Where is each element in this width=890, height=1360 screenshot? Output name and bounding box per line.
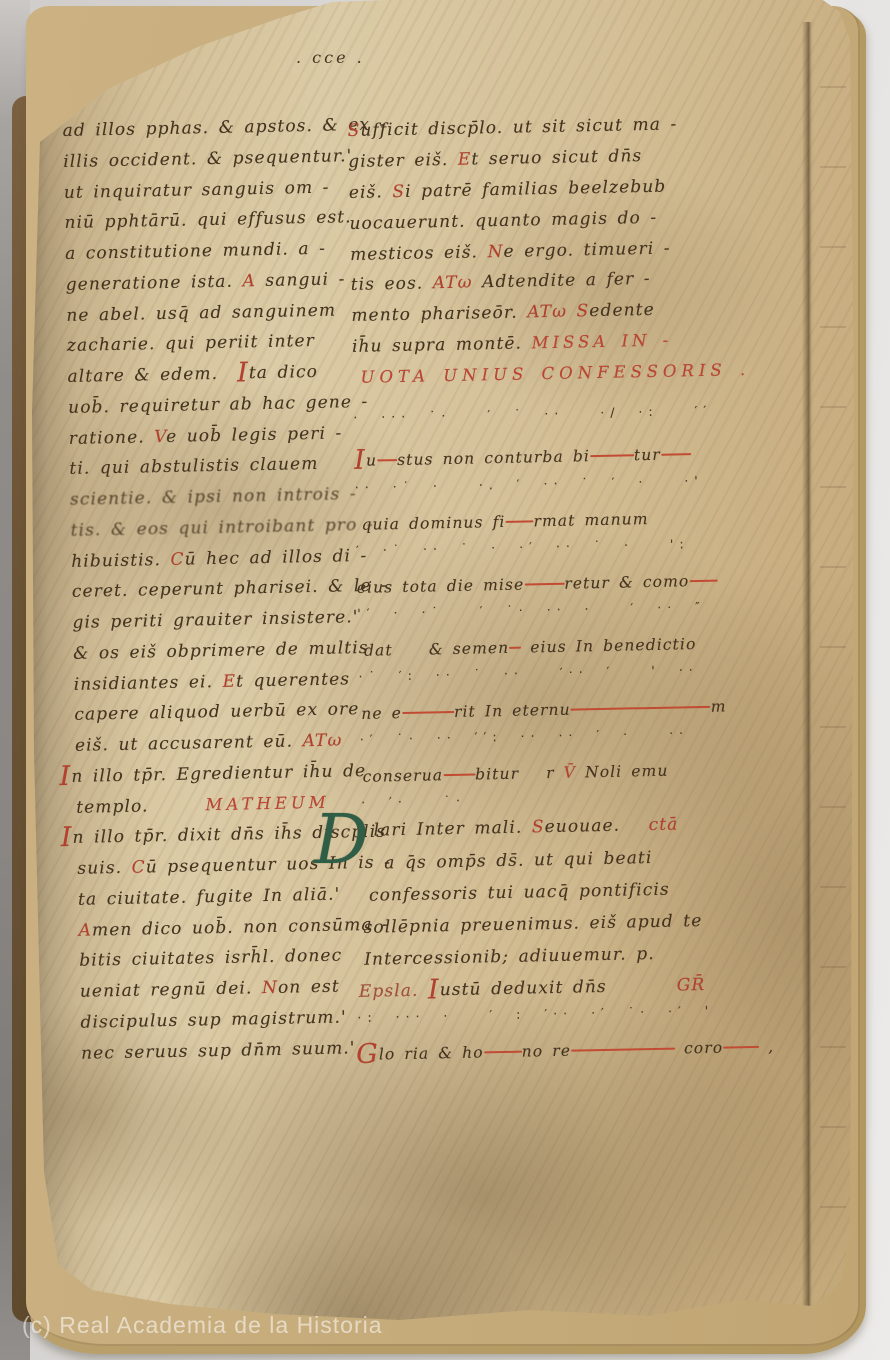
illuminated-initial-d: D xyxy=(314,806,369,876)
text-segment: a q̄s omp̄s ds̄. ut qui beati xyxy=(384,848,652,873)
text-segment: eius tota die mise xyxy=(357,576,525,597)
manuscript-text-line: bitis ciuitates isrh̄l. donec xyxy=(79,943,342,974)
manuscript-text-line: ti. qui abstulistis clauem xyxy=(69,451,319,482)
manuscript-text-line: sollēpnia preuenimus. eiš apud te xyxy=(363,908,702,941)
text-segment: ·: ··· · ′ : ′·· ·′ ˙· ·′ ' xyxy=(357,1003,714,1025)
text-segment: discipulus sup magistrum.' xyxy=(80,1007,347,1032)
text-segment: insidiantes ei. xyxy=(74,672,223,695)
text-segment: Noli emu xyxy=(585,762,669,782)
text-segment: V̄ xyxy=(564,763,586,781)
text-segment: rit In eternu xyxy=(454,701,571,721)
text-segment: E xyxy=(458,149,472,169)
manuscript-text-line: ·′ ˙· ·· ′′: ·· ·· ′ · ·· xyxy=(360,723,690,750)
text-segment: I xyxy=(354,445,366,476)
text-segment: e ergo. timueri - xyxy=(503,239,670,262)
text-segment: suis. xyxy=(77,858,132,879)
text-segment: ueniat regnū dei. xyxy=(80,978,262,1002)
text-segment: N xyxy=(487,242,503,262)
text-segment: S xyxy=(347,121,360,141)
manuscript-text-line: gister eiš. Et seruo sicut dn̄s xyxy=(348,143,643,175)
manuscript-text-line: ueniat regnū dei. Non est xyxy=(80,974,340,1005)
manuscript-text-line: ratione. Ve uob̄ legis peri - xyxy=(69,420,343,451)
manuscript-text-line: ceret. ceperunt pharisei. & le - xyxy=(72,573,389,605)
chant-extender-line xyxy=(509,646,521,649)
text-segment: retur & como xyxy=(564,572,689,593)
manuscript-text-line: illis occident. & psequentur.' xyxy=(63,143,353,175)
text-segment: ctā xyxy=(629,814,678,835)
text-segment: I xyxy=(59,761,71,792)
chant-extender-line xyxy=(689,579,717,582)
text-segment: N xyxy=(262,978,278,998)
text-segment: mesticos eiš. xyxy=(350,242,488,265)
text-segment: ATω xyxy=(302,730,342,751)
chant-extender-line xyxy=(571,1047,675,1051)
text-segment: mento phariseōr. xyxy=(351,302,527,326)
text-segment: Adtendite a fer - xyxy=(482,269,651,292)
manuscript-text-line: templo. MATHEUM xyxy=(76,790,330,821)
text-segment: rmat manum xyxy=(533,510,648,530)
chant-extender-line xyxy=(484,1050,522,1053)
fore-edge-speckle xyxy=(820,52,846,1256)
manuscript-text-line: tis. & eos qui introibant pro - xyxy=(70,512,374,544)
text-segment: ustū deduxit dn̄s xyxy=(440,977,607,1000)
fore-edge-crease xyxy=(802,22,814,1308)
text-segment: MISSA IN - xyxy=(531,331,672,353)
text-segment: n illo tp̄r. Egredientur ih̄u de xyxy=(71,761,366,787)
text-segment: capere aliquod uerbū ex ore xyxy=(74,699,359,725)
text-segment: lo ria & ho xyxy=(379,1043,484,1063)
manuscript-text-line: Sufficit discp̄lo. ut sit sicut ma - xyxy=(347,111,677,144)
text-segment: ceret. ceperunt pharisei. & le - xyxy=(72,576,388,602)
manuscript-text-line: · ··· ˙· ′ ˙ ·· ·/ ·: ′′ xyxy=(353,401,712,428)
manuscript-text-line: ta ciuitate. fugite In aliā.' xyxy=(78,882,341,913)
text-segment: dat & semen xyxy=(364,639,510,660)
manuscript-text-line: Epsla. Iustū deduxit dn̄sGR̄ xyxy=(359,972,706,1005)
text-segment: G xyxy=(356,1039,379,1070)
manuscript-text-line: ·· ·˙ · ·. ′ ·· ˙ ′ · ·' xyxy=(355,471,704,498)
manuscript-text-line: eiš. ut accusarent eū. ATω xyxy=(75,727,343,758)
text-segment: tur xyxy=(634,446,661,465)
text-segment: ·′ ˙· ·· ′′: ·· ·· ′ · ·· xyxy=(360,725,690,747)
text-segment: ū hec ad illos di - xyxy=(184,546,367,570)
manuscript-text-line: ·: ··· · ′ : ′·· ·′ ˙· ·′ ' xyxy=(357,1001,714,1028)
manuscript-text-line: nec seruus sup dn̄m suum.' xyxy=(81,1035,356,1067)
manuscript-text-line: ih̄u supra montē. MISSA IN - xyxy=(352,328,673,360)
text-segment: u xyxy=(366,451,377,469)
manuscript-text-line: eiš. Si patrē familias beelzebub xyxy=(349,174,667,206)
text-segment: ta dico xyxy=(249,362,319,383)
manuscript-text-line: gis periti grauiter insistere.' xyxy=(72,604,359,636)
text-segment: ratione. xyxy=(69,427,155,449)
text-segment: coro xyxy=(675,1039,724,1058)
text-segment: ti. qui abstulistis clauem xyxy=(69,454,318,479)
text-segment: gister eiš. xyxy=(348,150,458,172)
text-segment: MATHEUM xyxy=(205,793,330,814)
text-segment: i patrē familias beelzebub xyxy=(405,177,667,202)
manuscript-photo-scene: . cce . ad illos pphas. & apstos. & ex -… xyxy=(0,0,890,1360)
text-segment: scientie. & ipsi non introis - xyxy=(70,484,357,510)
manuscript-text-line: generatione ista. A sangui - xyxy=(65,266,345,298)
text-segment: I xyxy=(428,974,440,1005)
chant-extender-line xyxy=(402,711,454,714)
manuscript-text-line: confessoris tui uacq̄ pontificis xyxy=(369,877,670,909)
chant-extender-line xyxy=(524,582,564,585)
text-segment: UOTA UNIUS CONFESSORIS . xyxy=(360,360,750,387)
text-segment: I xyxy=(61,822,73,853)
manuscript-text-line: lari Inter mali. Seuouae. ctā xyxy=(373,811,678,843)
manuscript-text-line: capere aliquod uerbū ex ore xyxy=(74,696,360,728)
text-segment: hibuistis. xyxy=(71,550,171,572)
text-segment: '′ · ·˙ ′ ˙· ·· · ′ ·· ″ xyxy=(357,599,706,621)
text-segment: bitur r xyxy=(475,764,564,784)
chant-extender-line xyxy=(590,454,634,457)
text-segment: ut inquiratur sanguis om - xyxy=(64,178,330,203)
manuscript-text-line: conseruabitur r V̄ Noli emu xyxy=(362,758,668,790)
text-segment: Epsla. xyxy=(359,981,428,1002)
text-segment: A xyxy=(78,921,92,941)
text-segment: on est xyxy=(278,977,340,998)
manuscript-text-line: ne abel. usq̄ ad sanguinem xyxy=(66,298,336,329)
text-segment: V xyxy=(154,427,166,447)
text-segment: gis periti grauiter insistere.' xyxy=(72,607,358,633)
manuscript-text-line: tis eos. ATω Adtendite a fer - xyxy=(350,266,650,298)
text-segment: Intercessionib; adiuuemur. p. xyxy=(364,944,655,970)
text-segment: E xyxy=(222,672,236,692)
manuscript-text-line: mento phariseōr. ATω Sedente xyxy=(351,297,655,329)
text-segment: men dico uob̄. non consūma - xyxy=(92,915,389,941)
text-segment: I xyxy=(237,357,249,388)
text-segment: zacharie. qui periit inter xyxy=(67,331,315,356)
text-segment: ATω xyxy=(433,272,483,293)
text-segment: S xyxy=(532,817,545,837)
text-segment: · ′· ˙· xyxy=(361,793,466,810)
text-segment: tis eos. xyxy=(351,273,434,295)
manuscript-text-line: ad illos pphas. & apstos. & ex - xyxy=(62,111,386,143)
manuscript-text-line: UOTA UNIUS CONFESSORIS . xyxy=(360,357,750,391)
text-segment: S xyxy=(576,301,589,321)
text-segment: tis. & eos qui introibant pro - xyxy=(70,515,373,541)
manuscript-text-line: ′ ·˙ ·· ˙ · ·′ ·· ˙ · ': xyxy=(356,534,690,561)
text-segment: ·˙ ′: ·· ˙ ·· ′·· ′ ' ·· xyxy=(358,662,698,684)
text-segment: illis occident. & psequentur.' xyxy=(63,146,353,172)
manuscript-text-line: uocauerunt. quanto magis do - xyxy=(349,205,657,237)
right-text-column: Sufficit discp̄lo. ut sit sicut ma -gist… xyxy=(345,0,712,1100)
text-segment: eiš. ut accusarent eū. xyxy=(75,731,303,756)
manuscript-text-line: Iustus non conturba bitur xyxy=(354,441,691,474)
manuscript-text-line: mesticos eiš. Ne ergo. timueri - xyxy=(350,236,671,268)
manuscript-text-line: scientie. & ipsi non introis - xyxy=(70,481,357,513)
manuscript-text-line: a constitutione mundi. a - xyxy=(65,236,326,267)
chant-extender-line xyxy=(505,520,533,523)
text-segment: generatione ista. xyxy=(66,271,243,295)
text-segment: no re xyxy=(522,1042,572,1061)
chant-extender-line xyxy=(661,453,691,456)
text-segment: quia dominus fi xyxy=(361,513,505,534)
text-segment: edente xyxy=(589,300,655,321)
manuscript-text-line: ut inquiratur sanguis om - xyxy=(64,175,330,206)
text-segment: S xyxy=(392,182,405,202)
text-segment: euouae. xyxy=(544,815,629,837)
text-segment: t seruo sicut dn̄s xyxy=(471,146,642,169)
text-segment: , xyxy=(759,1038,774,1056)
manuscript-text-line: Amen dico uob̄. non consūma - xyxy=(78,912,389,944)
manuscript-text-line: ·˙ ′: ·· ˙ ·· ′·· ′ ' ·· xyxy=(358,660,699,687)
text-segment: eiš. xyxy=(349,182,393,203)
manuscript-text-line: zacharie. qui periit inter xyxy=(67,328,315,359)
text-segment: GR̄ xyxy=(677,975,706,996)
text-segment: & os eiš obprimere de multis xyxy=(73,638,369,664)
manuscript-text-line: a q̄s omp̄s ds̄. ut qui beati xyxy=(384,845,653,876)
chant-extender-line xyxy=(443,773,475,776)
text-segment: ne abel. usq̄ ad sanguinem xyxy=(66,301,336,326)
text-segment: C xyxy=(131,857,146,877)
text-segment: t querentes xyxy=(236,669,350,691)
text-segment: A xyxy=(242,271,256,291)
chant-extender-line xyxy=(723,1046,759,1049)
text-segment: ad illos pphas. & apstos. & ex - xyxy=(62,114,386,140)
manuscript-text-line: hibuistis. Cū hec ad illos di - xyxy=(71,543,368,575)
left-text-column: ad illos pphas. & apstos. & ex -illis oc… xyxy=(60,0,387,1100)
text-segment: niū pphtārū. qui effusus est. xyxy=(64,207,352,233)
text-segment: stus non conturba bi xyxy=(397,447,590,469)
text-segment: confessoris tui uacq̄ pontificis xyxy=(369,880,670,906)
manuscript-text-line: altare & edem. Ita dico xyxy=(67,359,318,390)
text-segment: m xyxy=(711,697,727,715)
text-segment: sollēpnia preuenimus. eiš apud te xyxy=(363,911,702,938)
text-segment: eius In benedictio xyxy=(521,635,697,657)
text-segment: · ··· ˙· ′ ˙ ·· ·/ ·: ′′ xyxy=(353,403,712,425)
manuscript-text-line: · ′· ˙· xyxy=(361,791,466,813)
manuscript-text-line: '′ · ·˙ ′ ˙· ·· · ′ ·· ″ xyxy=(357,597,706,624)
copyright-watermark: (c) Real Academia de la Historia xyxy=(22,1312,383,1339)
manuscript-text-line: ne erit In eternum xyxy=(361,693,727,726)
text-segment: sangui - xyxy=(256,269,346,291)
chant-extender-line xyxy=(571,705,711,710)
text-segment: ufficit discp̄lo. ut sit sicut ma - xyxy=(360,114,677,140)
text-segment: ·· ·˙ · ·. ′ ·· ˙ ′ · ·' xyxy=(355,473,704,495)
text-segment: templo. xyxy=(76,796,168,818)
text-segment: ′ ·˙ ·· ˙ · ·′ ·· ˙ · ': xyxy=(356,536,690,558)
text-segment: ih̄u supra montē. xyxy=(352,333,532,357)
text-segment: a constitutione mundi. a - xyxy=(65,239,326,264)
text-segment: nec seruus sup dn̄m suum.' xyxy=(81,1038,356,1064)
text-segment: bitis ciuitates isrh̄l. donec xyxy=(79,946,342,971)
text-segment: altare & edem. xyxy=(67,364,237,387)
manuscript-text-line: discipulus sup magistrum.' xyxy=(80,1004,347,1035)
chant-extender-line xyxy=(377,459,397,462)
text-segment: ta ciuitate. fugite In aliā.' xyxy=(78,885,341,910)
manuscript-text-line: dat & semen eius In benedictio xyxy=(364,631,697,664)
text-segment: ne e xyxy=(361,704,402,723)
text-segment: conserua xyxy=(362,766,443,786)
manuscript-text-line: uob̄. requiretur ab hac gene - xyxy=(68,389,369,421)
text-segment: uocauerunt. quanto magis do - xyxy=(349,208,657,234)
manuscript-text-line: In illo tp̄r. Egredientur ih̄u de xyxy=(75,758,366,790)
text-segment: ATω xyxy=(527,301,577,322)
text-segment: uob̄. requiretur ab hac gene - xyxy=(68,392,369,418)
manuscript-text-line: Intercessionib; adiuuemur. p. xyxy=(364,941,655,973)
text-segment: e uob̄ legis peri - xyxy=(166,423,343,447)
manuscript-text-line: insidiantes ei. Et querentes xyxy=(73,666,350,698)
text-segment: lari Inter mali. xyxy=(373,817,532,840)
manuscript-text-line: eius tota die miseretur & como xyxy=(357,568,718,601)
manuscript-text-line: & os eiš obprimere de multis xyxy=(73,635,369,667)
manuscript-text-line: quia dominus firmat manum xyxy=(361,506,649,538)
manuscript-text-line: niū pphtārū. qui effusus est. xyxy=(64,204,352,236)
text-segment: C xyxy=(170,550,185,570)
